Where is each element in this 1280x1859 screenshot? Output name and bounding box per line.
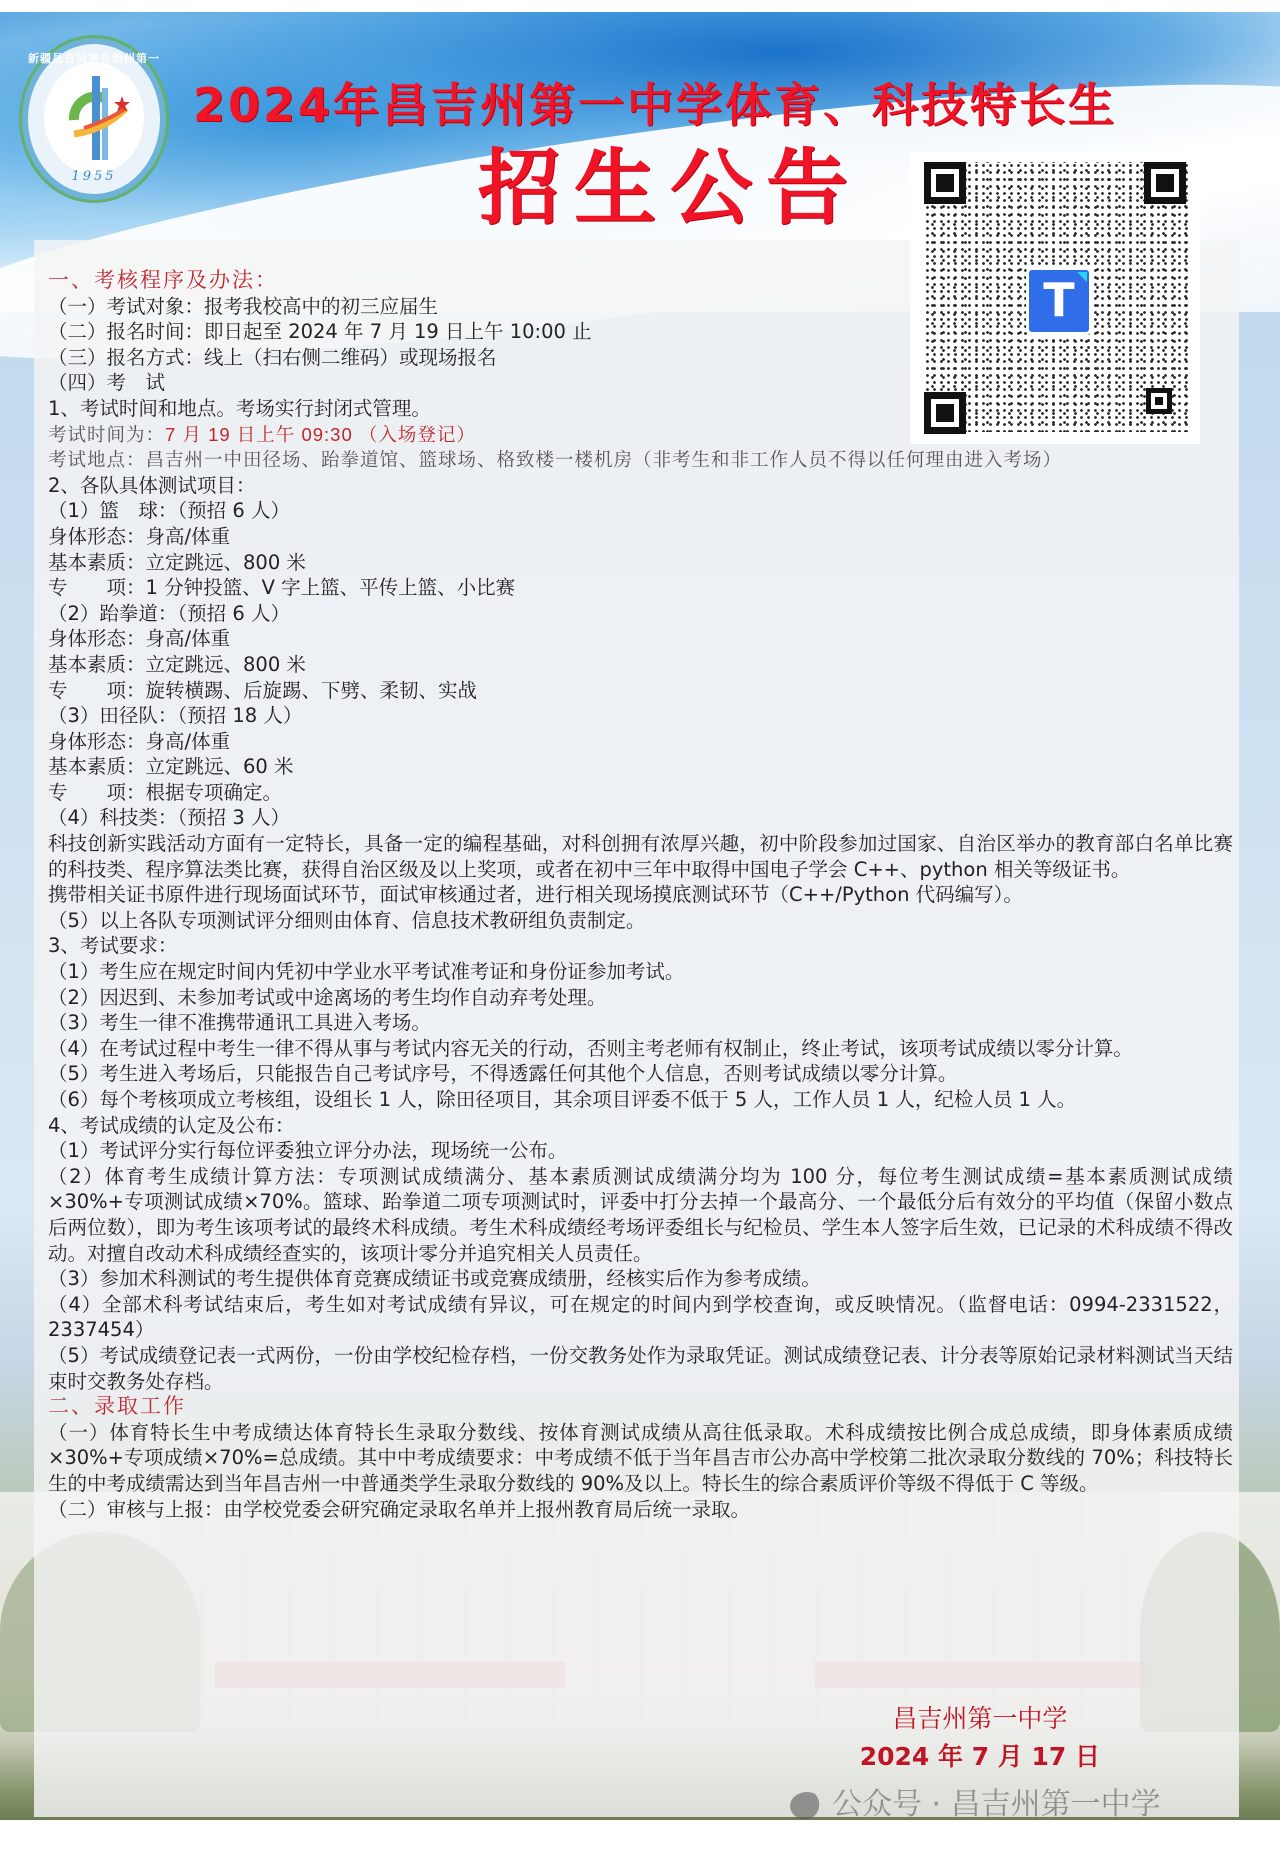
score-item: （4）全部术科考试结束后，考生如对考试成绩有异议，可在规定的时间内到学校查询，或…: [48, 1292, 1233, 1343]
wechat-icon: [790, 1792, 824, 1820]
scores-heading: 4、考试成绩的认定及公布：: [48, 1113, 1238, 1139]
teams-note: （5）以上各队专项测试评分细则由体育、信息技术教研组负责制定。: [48, 908, 1238, 934]
admission-heading: 二、录取工作: [48, 1394, 1238, 1420]
admission-item: （二）审核与上报：由学校党委会研究确定录取名单并上报州教育局后统一录取。: [48, 1497, 1238, 1523]
track-body: 身体形态：身高/体重: [48, 729, 1238, 755]
logo-year: 1955: [28, 169, 160, 184]
basketball-title: （1）篮 球：（预招 6 人）: [48, 498, 1238, 524]
track-special: 专 项：根据专项确定。: [48, 780, 1238, 806]
logo-emblem: [44, 62, 144, 174]
taekwondo-special: 专 项：旋转横踢、后旋踢、下劈、柔韧、实战: [48, 678, 1238, 704]
exam-time-value: 7 月 19 日上午 09:30 （入场登记）: [165, 424, 476, 445]
section-heading: 一、考核程序及办法：: [48, 268, 1238, 294]
score-item: （2）体育考生成绩计算方法：专项测试成绩满分、基本素质测试成绩满分均为 100 …: [48, 1164, 1233, 1266]
track-title: （3）田径队：（预招 18 人）: [48, 703, 1238, 729]
qr-finder-top-left: [924, 162, 966, 204]
poster-subtitle: 招生公告: [478, 138, 862, 238]
requirements-heading: 3、考试要求：: [48, 933, 1238, 959]
exam-time-label: 考试时间为：: [48, 424, 165, 445]
requirement-item: （3）考生一律不准携带通讯工具进入考场。: [48, 1010, 1238, 1036]
watermark-text: 公众号 · 昌吉州第一中学: [832, 1787, 1161, 1822]
taekwondo-basic: 基本素质：立定跳远、800 米: [48, 652, 1238, 678]
exam-place: 考试地点：昌吉州一中田径场、跆拳道馆、篮球场、格致楼一楼机房（非考生和非工作人员…: [48, 447, 1238, 473]
requirement-item: （4）在考试过程中考生一律不得从事与考试内容无关的行动，否则主考老师有权制止，终…: [48, 1036, 1233, 1062]
requirement-item: （2）因迟到、未参加考试或中途离场的考生均作自动弃考处理。: [48, 985, 1238, 1011]
requirement-item: （5）考生进入考场后，只能报告自己考试序号，不得透露任何其他个人信息，否则考试成…: [48, 1061, 1238, 1087]
exam-target: （一）考试对象：报考我校高中的初三应届生: [48, 294, 1238, 320]
exam-time: 考试时间为：7 月 19 日上午 09:30 （入场登记）: [48, 422, 1238, 448]
score-item: （3）参加术科测试的考生提供体育竞赛成绩证书或竞赛成绩册，经核实后作为参考成绩。: [48, 1266, 1238, 1292]
school-logo: 新疆昌吉回族自治州第一中学 1955: [22, 38, 166, 200]
tech-process: 携带相关证书原件进行现场面试环节，面试审核通过者，进行相关现场摸底测试环节（C+…: [48, 882, 1238, 908]
teams-heading: 2、各队具体测试项目：: [48, 473, 1238, 499]
registration-method: （三）报名方式：线上（扫右侧二维码）或现场报名: [48, 345, 1238, 371]
basketball-body: 身体形态：身高/体重: [48, 524, 1238, 550]
requirement-item: （6）每个考核项成立考核组，设组长 1 人，除田径项目，其余项目评委不低于 5 …: [48, 1087, 1233, 1113]
exam-subheading: （四）考 试: [48, 370, 1238, 396]
tech-title: （4）科技类：（预招 3 人）: [48, 805, 1238, 831]
wechat-watermark: 公众号 · 昌吉州第一中学: [790, 1785, 1161, 1825]
signature-block: 昌吉州第一中学 2024 年 7 月 17 日: [860, 1700, 1100, 1776]
taekwondo-body: 身体形态：身高/体重: [48, 626, 1238, 652]
basketball-special: 专 项：1 分钟投篮、V 字上篮、平传上篮、小比赛: [48, 575, 1238, 601]
track-basic: 基本素质：立定跳远、60 米: [48, 754, 1238, 780]
logo-emblem-icon: [44, 62, 144, 174]
announcement-body: 一、考核程序及办法： （一）考试对象：报考我校高中的初三应届生 （二）报名时间：…: [48, 268, 1238, 1522]
exam-time-place-heading: 1、考试时间和地点。考场实行封闭式管理。: [48, 396, 1238, 422]
tech-description: 科技创新实践活动方面有一定特长，具备一定的编程基础，对科创拥有浓厚兴趣，初中阶段…: [48, 831, 1233, 882]
taekwondo-title: （2）跆拳道：（预招 6 人）: [48, 601, 1238, 627]
qr-finder-top-right: [1144, 162, 1186, 204]
requirement-item: （1）考生应在规定时间内凭初中学业水平考试准考证和身份证参加考试。: [48, 959, 1238, 985]
signature-org: 昌吉州第一中学: [860, 1700, 1100, 1738]
basketball-basic: 基本素质：立定跳远、800 米: [48, 550, 1238, 576]
score-item: （1）考试评分实行每位评委独立评分办法，现场统一公布。: [48, 1138, 1238, 1164]
admission-item: （一）体育特长生中考成绩达体育特长生录取分数线、按体育测试成绩从高往低录取。术科…: [48, 1420, 1233, 1497]
registration-time: （二）报名时间：即日起至 2024 年 7 月 19 日上午 10:00 止: [48, 319, 1238, 345]
score-item: （5）考试成绩登记表一式两份，一份由学校纪检存档，一份交教务处作为录取凭证。测试…: [48, 1343, 1233, 1394]
signature-date: 2024 年 7 月 17 日: [860, 1738, 1100, 1776]
poster-title: 2024年昌吉州第一中学体育、科技特长生: [193, 78, 1238, 132]
